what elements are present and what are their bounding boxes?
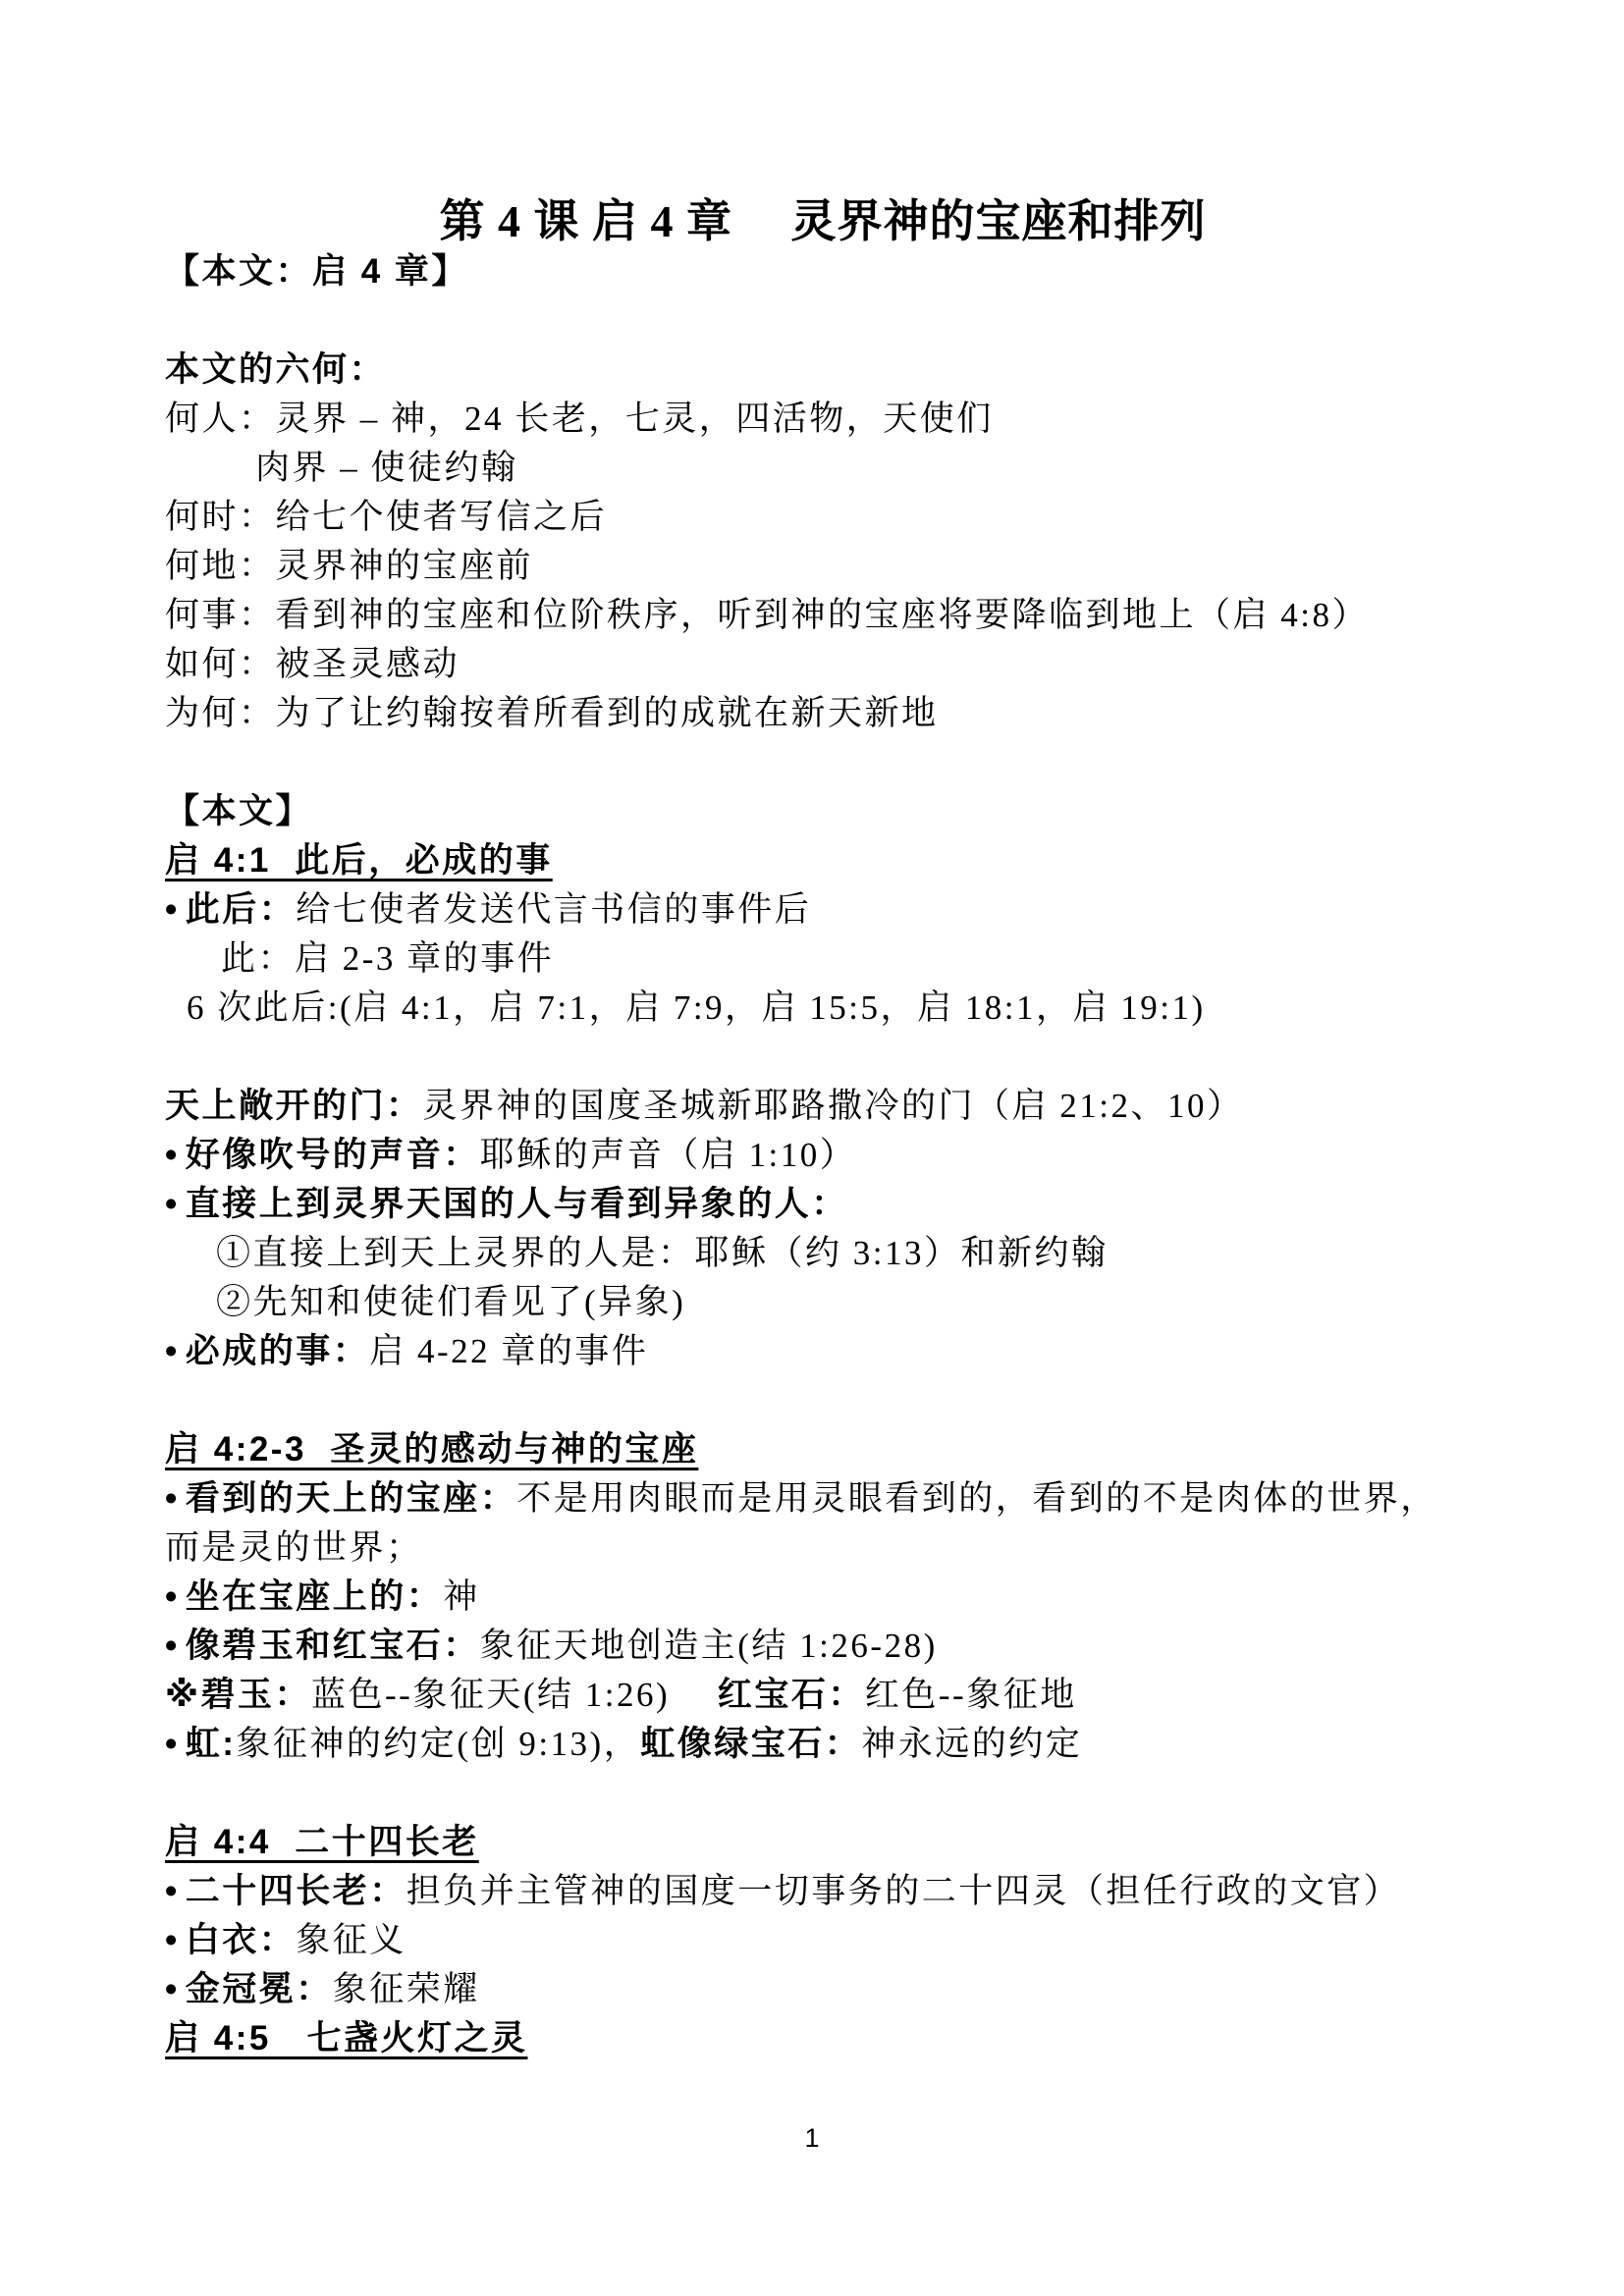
text-segment: 启 4:1 此后，必成的事 xyxy=(165,841,553,880)
text-segment: 如何：被圣灵感动 xyxy=(165,645,460,683)
text-line: 【本文】 xyxy=(165,787,1481,836)
text-segment: 此后： xyxy=(186,890,297,929)
text-line: •此后：给七使者发送代言书信的事件后 xyxy=(165,885,1481,934)
text-segment: 神 xyxy=(443,1577,480,1616)
text-segment: 金冠冕： xyxy=(186,1970,333,2008)
text-line: 【本文：启 4 章】 xyxy=(165,247,1481,296)
section-heading: 启 4:5 七盏火灯之灵 xyxy=(165,2014,1481,2063)
text-line: ②先知和使徒们看见了(异象) xyxy=(165,1278,1481,1327)
text-segment: 坐在宝座上的： xyxy=(186,1577,444,1616)
bullet-icon: • xyxy=(165,1921,180,1959)
text-segment: 神永远的约定 xyxy=(861,1725,1082,1763)
text-segment: 虹: xyxy=(186,1725,237,1763)
bullet-icon: • xyxy=(165,1136,180,1174)
bullet-icon: • xyxy=(165,890,180,929)
text-line: •二十四长老：担负并主管神的国度一切事务的二十四灵（担任行政的文官） xyxy=(165,1867,1481,1916)
bullet-icon: • xyxy=(165,1185,180,1223)
bullet-icon: • xyxy=(165,1970,180,2008)
text-segment: 何地：灵界神的宝座前 xyxy=(165,547,533,585)
text-segment: 6 次此后:(启 4:1，启 7:1，启 7:9，启 15:5，启 18:1，启… xyxy=(187,988,1206,1027)
text-segment: 必成的事： xyxy=(186,1332,370,1370)
text-line: •必成的事：启 4-22 章的事件 xyxy=(165,1327,1481,1376)
text-line: 本文的六何： xyxy=(165,346,1481,395)
text-segment: 为何：为了让约翰按着所看到的成就在新天新地 xyxy=(165,694,939,732)
text-line: ①直接上到天上灵界的人是：耶稣（约 3:13）和新约翰 xyxy=(165,1229,1481,1278)
text-segment: 启 4-22 章的事件 xyxy=(369,1332,648,1370)
text-segment: 肉界 – 使徒约翰 xyxy=(255,449,518,487)
bullet-icon: • xyxy=(165,1577,180,1616)
text-segment: 象征义 xyxy=(296,1921,406,1959)
text-segment: 耶稣的声音（启 1:10） xyxy=(480,1136,856,1174)
text-segment: 【本文：启 4 章】 xyxy=(165,252,468,291)
spacer xyxy=(165,1033,1481,1082)
text-segment: 担负并主管神的国度一切事务的二十四灵（担任行政的文官） xyxy=(406,1872,1401,1910)
bullet-icon: • xyxy=(165,1479,180,1518)
text-segment: ②先知和使徒们看见了(异象) xyxy=(216,1283,685,1321)
text-line: ※碧玉：蓝色--象征天(结 1:26) 红宝石：红色--象征地 xyxy=(165,1671,1481,1720)
text-segment: 象征神的约定(创 9:13)， xyxy=(236,1725,640,1763)
text-line: 何事：看到神的宝座和位阶秩序，听到神的宝座将要降临到地上（启 4:8） xyxy=(165,591,1481,640)
text-line: •像碧玉和红宝石：象征天地创造主(结 1:26-28) xyxy=(165,1622,1481,1671)
text-line: 肉界 – 使徒约翰 xyxy=(165,444,1481,493)
section-heading: 启 4:1 此后，必成的事 xyxy=(165,836,1481,885)
text-segment: 而是灵的世界； xyxy=(165,1528,423,1567)
spacer xyxy=(165,738,1481,787)
text-segment: 红色--象征地 xyxy=(865,1676,1077,1714)
bullet-icon: • xyxy=(165,1332,180,1370)
text-line: 如何：被圣灵感动 xyxy=(165,640,1481,689)
text-segment: 何事：看到神的宝座和位阶秩序，听到神的宝座将要降临到地上（启 4:8） xyxy=(165,596,1369,634)
text-segment: 虹像绿宝石： xyxy=(640,1725,861,1763)
text-segment: 给七使者发送代言书信的事件后 xyxy=(296,890,811,929)
text-segment: 二十四长老： xyxy=(186,1872,406,1910)
spacer xyxy=(165,1769,1481,1818)
document-content: 第 4 课 启 4 章 灵界神的宝座和排列 【本文：启 4 章】本文的六何：何人… xyxy=(165,196,1481,2063)
text-line: •坐在宝座上的：神 xyxy=(165,1573,1481,1622)
text-segment: 象征荣耀 xyxy=(333,1970,480,2008)
text-line: 何人：灵界 – 神，24 长老，七灵，四活物，天使们 xyxy=(165,395,1481,444)
text-segment: 好像吹号的声音： xyxy=(186,1136,480,1174)
text-segment: 红宝石： xyxy=(718,1676,865,1714)
text-line: 何时：给七个使者写信之后 xyxy=(165,493,1481,542)
text-segment: 何时：给七个使者写信之后 xyxy=(165,498,607,536)
bullet-icon: • xyxy=(165,1725,180,1763)
text-segment: 灵界神的国度圣城新耶路撒冷的门（启 21:2、10） xyxy=(423,1087,1244,1125)
bullet-icon: • xyxy=(165,1872,180,1910)
text-segment: ※碧玉： xyxy=(165,1676,311,1714)
bullet-icon: • xyxy=(165,1627,180,1665)
text-segment: ①直接上到天上灵界的人是：耶稣（约 3:13）和新约翰 xyxy=(216,1234,1108,1272)
text-line: •好像吹号的声音：耶稣的声音（启 1:10） xyxy=(165,1131,1481,1180)
text-segment: 何人：灵界 – 神，24 长老，七灵，四活物，天使们 xyxy=(165,400,994,438)
text-line: 天上敞开的门：灵界神的国度圣城新耶路撒冷的门（启 21:2、10） xyxy=(165,1082,1481,1131)
text-segment: 启 4:4 二十四长老 xyxy=(165,1823,479,1861)
section-heading: 启 4:2-3 圣灵的感动与神的宝座 xyxy=(165,1425,1481,1474)
page-title: 第 4 课 启 4 章 灵界神的宝座和排列 xyxy=(165,196,1481,247)
text-line: 6 次此后:(启 4:1，启 7:1，启 7:9，启 15:5，启 18:1，启… xyxy=(165,984,1481,1033)
text-line: •直接上到灵界天国的人与看到异象的人： xyxy=(165,1180,1481,1229)
text-segment: 天上敞开的门： xyxy=(165,1087,423,1125)
text-segment: 本文的六何： xyxy=(165,350,386,389)
text-segment: 白衣： xyxy=(186,1921,297,1959)
text-line: •看到的天上的宝座：不是用肉眼而是用灵眼看到的，看到的不是肉体的世界， xyxy=(165,1474,1481,1523)
text-segment: 启 4:2-3 圣灵的感动与神的宝座 xyxy=(165,1430,698,1468)
spacer xyxy=(165,296,1481,346)
text-segment: 不是用肉眼而是用灵眼看到的，看到的不是肉体的世界， xyxy=(516,1479,1437,1518)
text-segment: 【本文】 xyxy=(165,792,312,830)
document-body: 【本文：启 4 章】本文的六何：何人：灵界 – 神，24 长老，七灵，四活物，天… xyxy=(165,247,1481,2063)
text-segment: 此：启 2-3 章的事件 xyxy=(221,939,554,978)
text-segment: 象征天地创造主(结 1:26-28) xyxy=(480,1627,938,1665)
text-line: 为何：为了让约翰按着所看到的成就在新天新地 xyxy=(165,689,1481,738)
text-segment: 蓝色--象征天(结 1:26) xyxy=(311,1676,718,1714)
page-number: 1 xyxy=(0,2118,1624,2158)
text-line: •虹:象征神的约定(创 9:13)，虹像绿宝石：神永远的约定 xyxy=(165,1720,1481,1769)
section-heading: 启 4:4 二十四长老 xyxy=(165,1818,1481,1867)
text-segment: 看到的天上的宝座： xyxy=(186,1479,517,1518)
spacer xyxy=(165,1376,1481,1425)
text-line: •白衣：象征义 xyxy=(165,1916,1481,1965)
text-line: 此：启 2-3 章的事件 xyxy=(165,934,1481,984)
text-segment: 直接上到灵界天国的人与看到异象的人： xyxy=(186,1185,848,1223)
text-line: 而是灵的世界； xyxy=(165,1523,1481,1573)
document-page: 第 4 课 启 4 章 灵界神的宝座和排列 【本文：启 4 章】本文的六何：何人… xyxy=(0,0,1624,2296)
text-line: •金冠冕：象征荣耀 xyxy=(165,1965,1481,2014)
text-line: 何地：灵界神的宝座前 xyxy=(165,542,1481,591)
text-segment: 像碧玉和红宝石： xyxy=(186,1627,480,1665)
text-segment: 启 4:5 七盏火灯之灵 xyxy=(165,2019,527,2057)
